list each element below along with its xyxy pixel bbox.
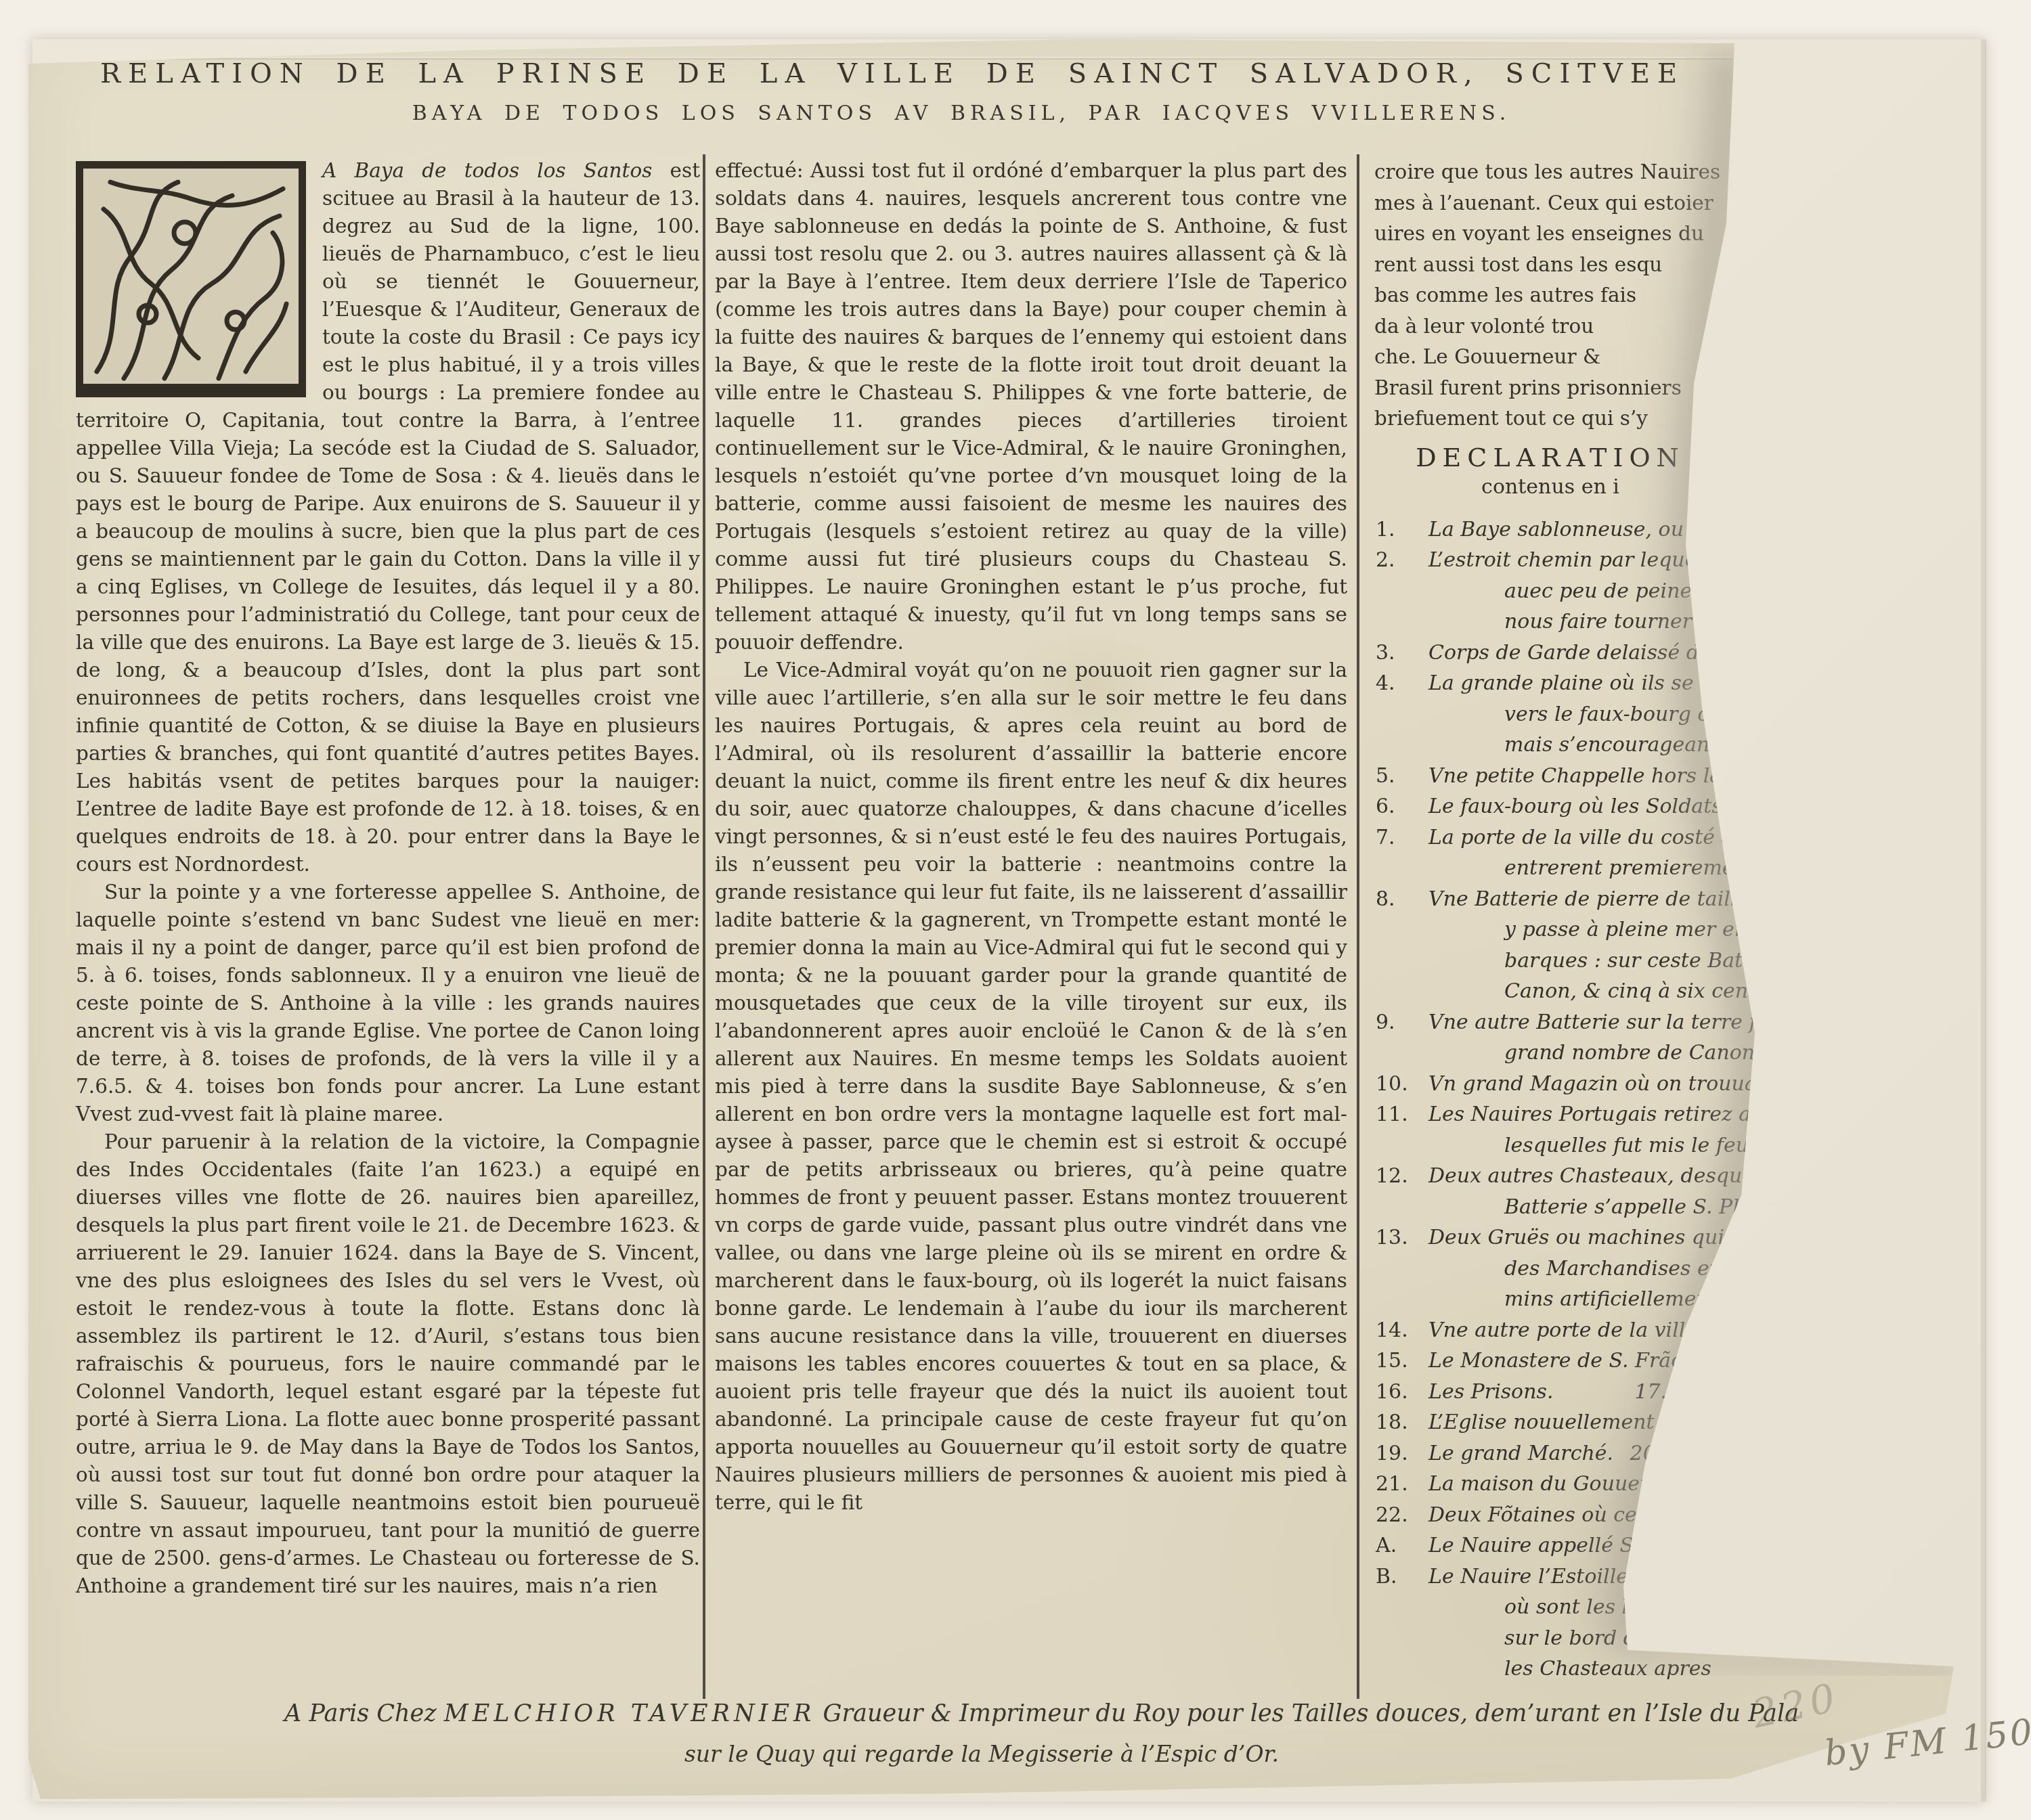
imprint-pre: A Paris Chez	[284, 1700, 444, 1727]
page-subtitle: BAYA DE TODOS LOS SANTOS AV BRASIL, PAR …	[318, 102, 1604, 125]
imprint-line-2: sur le Quay qui regarde la Megisserie à …	[474, 1741, 1489, 1767]
column-divider-2	[1357, 154, 1359, 1699]
text-column-2: effectué: Aussi tost fut il ordóné d’emb…	[715, 157, 1347, 1517]
column-divider-1	[703, 154, 705, 1699]
declaration-heading: DECLARATION	[1374, 443, 1726, 472]
backing-paper-edge	[1981, 39, 1986, 1802]
scanned-document-photo: { "page": { "title": "RELATION DE LA PRI…	[0, 0, 2031, 1820]
paragraph: Sur la pointe y a vne forteresse appelle…	[76, 879, 700, 1128]
page-title: RELATION DE LA PRINSE DE LA VILLE DE SAI…	[100, 58, 1739, 89]
woodcut-initial-L	[76, 161, 306, 397]
imprint-line-1: A Paris Chez MELCHIOR TAVERNIER Graueur …	[284, 1700, 1706, 1727]
paragraph: Pour paruenir à la relation de la victoi…	[76, 1128, 700, 1600]
printer-name: MELCHIOR TAVERNIER	[444, 1700, 815, 1727]
woodcut-ornament	[83, 169, 299, 384]
paragraph: effectué: Aussi tost fut il ordóné d’emb…	[715, 157, 1347, 657]
imprint-post: Graueur & Imprimeur du Roy pour les Tail…	[815, 1700, 1799, 1727]
declaration-subheading: contenus en i	[1374, 472, 1726, 502]
italic-lead: A Baya de todos los Santos	[322, 159, 652, 182]
paragraph: Le Vice-Admiral voyát qu’on ne pouuoit r…	[715, 657, 1347, 1517]
text-column-1: A Baya de todos los Santos est scituee a…	[76, 157, 700, 1600]
